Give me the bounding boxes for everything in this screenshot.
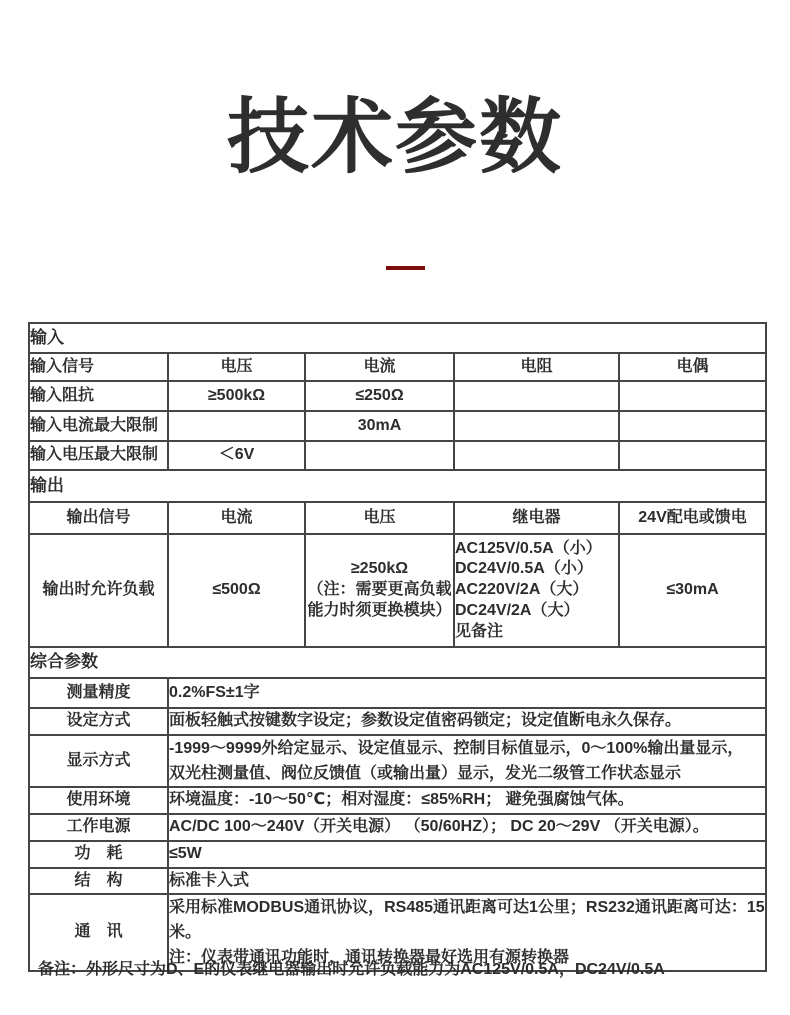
param-value-line: 双光柱测量值、阀位反馈值（或输出量）显示，发光二级管工作状态显示: [169, 761, 765, 786]
col-header-voltage: 电压: [168, 353, 305, 381]
param-value: 标准卡入式: [168, 868, 766, 894]
param-value: 环境温度：-10～50℃；相对湿度：≤85%RH； 避免强腐蚀气体。: [168, 787, 766, 814]
row-label: 输出时允许负载: [29, 534, 168, 647]
cell-value: [619, 411, 766, 441]
input-signal-header-row: 输入信号 电压 电流 电阻 电偶: [29, 353, 766, 381]
param-label: 使用环境: [29, 787, 168, 814]
cell-value: [454, 381, 619, 411]
cell-value-voltage-note: ≥250kΩ （注：需要更高负载 能力时须更换模块）: [305, 534, 454, 647]
section-title-general: 综合参数: [29, 647, 766, 678]
col-header-current: 电流: [168, 502, 305, 534]
cell-value: [454, 411, 619, 441]
table-row-environment: 使用环境 环境温度：-10～50℃；相对湿度：≤85%RH； 避免强腐蚀气体。: [29, 787, 766, 814]
table-row-input-voltage-limit: 输入电压最大限制 ＜6V: [29, 441, 766, 470]
output-signal-label: 输出信号: [29, 502, 168, 534]
relay-line: AC220V/2A（大）: [455, 580, 618, 601]
table-row-power-consumption: 功 耗 ≤5W: [29, 841, 766, 868]
table-row-structure: 结 构 标准卡入式: [29, 868, 766, 894]
table-row-display-mode: 显示方式 -1999～9999外给定显示、设定值显示、控制目标值显示，0～100…: [29, 735, 766, 787]
cell-value: [619, 441, 766, 470]
param-value: 0.2%FS±1字: [168, 678, 766, 708]
table-row-input-current-limit: 输入电流最大限制 30mA: [29, 411, 766, 441]
table-row-output-load: 输出时允许负载 ≤500Ω ≥250kΩ （注：需要更高负载 能力时须更换模块）…: [29, 534, 766, 647]
param-value: ≤5W: [168, 841, 766, 868]
section-header-row-general: 综合参数: [29, 647, 766, 678]
param-value: AC/DC 100～240V（开关电源） （50/60HZ）； DC 20～29…: [168, 814, 766, 841]
voltage-note-line: ≥250kΩ: [306, 559, 453, 580]
param-label: 功 耗: [29, 841, 168, 868]
spec-table: 输入 输入信号 电压 电流 电阻 电偶 输入阻抗 ≥500kΩ ≤250Ω 输入…: [28, 322, 767, 972]
col-header-relay: 继电器: [454, 502, 619, 534]
input-signal-label: 输入信号: [29, 353, 168, 381]
relay-line: DC24V/2A（大）: [455, 601, 618, 622]
cell-value-current: ≤500Ω: [168, 534, 305, 647]
output-signal-header-row: 输出信号 电流 电压 继电器 24V配电或馈电: [29, 502, 766, 534]
param-label: 显示方式: [29, 735, 168, 787]
row-label: 输入电压最大限制: [29, 441, 168, 470]
voltage-note-line: 能力时须更换模块）: [306, 601, 453, 622]
cell-value-relay-list: AC125V/0.5A（小） DC24V/0.5A（小） AC220V/2A（大…: [454, 534, 619, 647]
param-label: 结 构: [29, 868, 168, 894]
table-row-input-impedance: 输入阻抗 ≥500kΩ ≤250Ω: [29, 381, 766, 411]
param-value: 面板轻触式按键数字设定；参数设定值密码锁定；设定值断电永久保存。: [168, 708, 766, 735]
col-header-resistance: 电阻: [454, 353, 619, 381]
section-header-row-input: 输入: [29, 323, 766, 353]
col-header-24v-feed: 24V配电或馈电: [619, 502, 766, 534]
row-label: 输入阻抗: [29, 381, 168, 411]
col-header-voltage: 电压: [305, 502, 454, 534]
section-title-output: 输出: [29, 470, 766, 502]
cell-value-feed: ≤30mA: [619, 534, 766, 647]
section-header-row-output: 输出: [29, 470, 766, 502]
row-label: 输入电流最大限制: [29, 411, 168, 441]
voltage-note-line: （注：需要更高负载: [306, 580, 453, 601]
section-title-input: 输入: [29, 323, 766, 353]
param-value-line: 采用标准MODBUS通讯协议，RS485通讯距离可达1公里；RS232通讯距离可…: [169, 895, 765, 945]
param-label: 工作电源: [29, 814, 168, 841]
page-title: 技术参数: [0, 97, 790, 179]
cell-value: ≥500kΩ: [168, 381, 305, 411]
param-label: 测量精度: [29, 678, 168, 708]
relay-line: 见备注: [455, 622, 618, 643]
table-row-accuracy: 测量精度 0.2%FS±1字: [29, 678, 766, 708]
param-label: 设定方式: [29, 708, 168, 735]
cell-value: [305, 441, 454, 470]
cell-value: ≤250Ω: [305, 381, 454, 411]
cell-value: [619, 381, 766, 411]
param-value: -1999～9999外给定显示、设定值显示、控制目标值显示，0～100%输出量显…: [168, 735, 766, 787]
col-header-thermocouple: 电偶: [619, 353, 766, 381]
cell-value: [168, 411, 305, 441]
table-row-power-supply: 工作电源 AC/DC 100～240V（开关电源） （50/60HZ）； DC …: [29, 814, 766, 841]
param-value-line: -1999～9999外给定显示、设定值显示、控制目标值显示，0～100%输出量显…: [169, 736, 765, 761]
cell-value: [454, 441, 619, 470]
table-row-setting-method: 设定方式 面板轻触式按键数字设定；参数设定值密码锁定；设定值断电永久保存。: [29, 708, 766, 735]
col-header-current: 电流: [305, 353, 454, 381]
footnote: 备注：外形尺寸为D、E的仪表继电器输出时允许负载能力为AC125V/0.5A，D…: [38, 956, 778, 979]
cell-value: ＜6V: [168, 441, 305, 470]
accent-dash: [386, 266, 425, 270]
relay-line: AC125V/0.5A（小）: [455, 539, 618, 560]
relay-line: DC24V/0.5A（小）: [455, 559, 618, 580]
cell-value: 30mA: [305, 411, 454, 441]
